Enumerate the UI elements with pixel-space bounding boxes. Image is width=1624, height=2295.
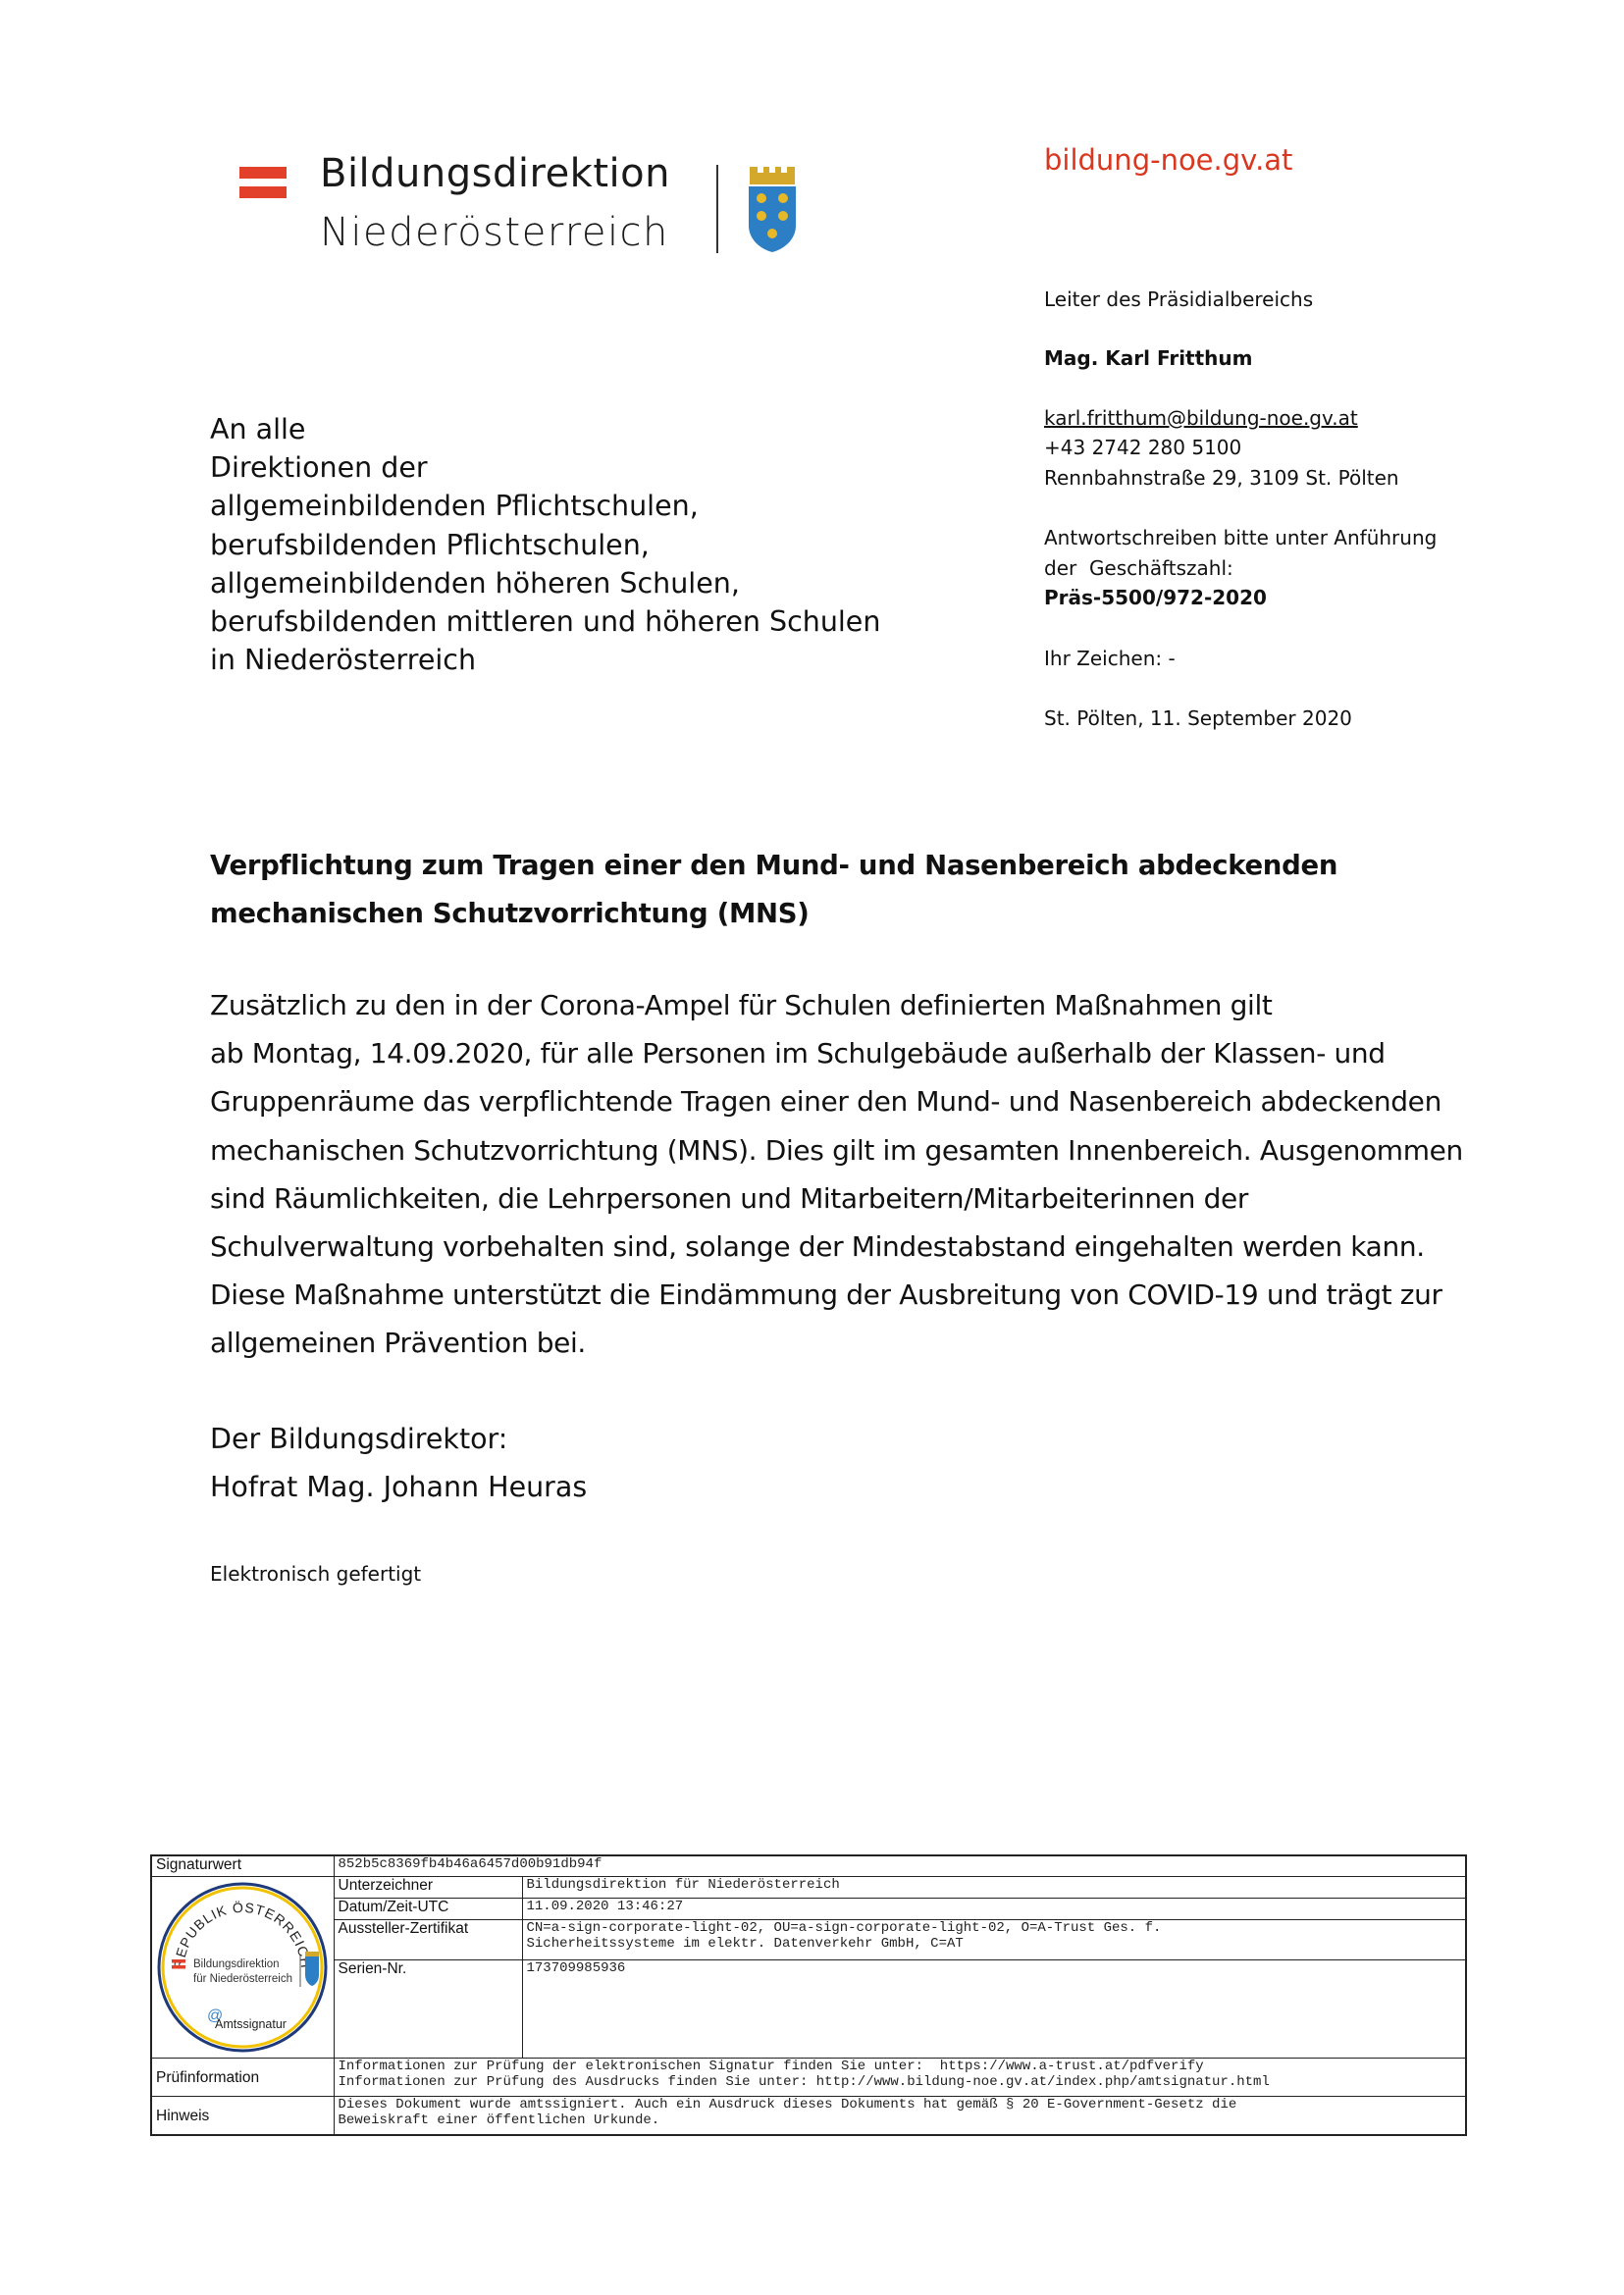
hinweis-value: Dieses Dokument wurde amtssigniert. Auch… <box>334 2097 1466 2136</box>
pruefinformation-label: Prüfinformation <box>151 2059 334 2097</box>
signatory-name: Hofrat Mag. Johann Heuras <box>210 1463 587 1511</box>
place-date: St. Pölten, 11. September 2020 <box>1044 704 1352 734</box>
signer-value: Bildungsdirektion für Niederösterreich <box>522 1877 1466 1899</box>
pruefinformation-line[interactable]: Informationen zur Prüfung des Ausdrucks … <box>339 2074 1462 2090</box>
svg-text:Bildungsdirektion: Bildungsdirektion <box>193 1958 280 1970</box>
seal-cell: REPUBLIK ÖSTERREICH Bildungsdirektion fü… <box>151 1877 334 2059</box>
serial-value: 173709985936 <box>522 1959 1466 2058</box>
signaturwert-label: Signaturwert <box>151 1855 334 1877</box>
body-line: allgemeinen Prävention bei. <box>210 1319 1463 1367</box>
hinweis-label: Hinweis <box>151 2097 334 2136</box>
svg-text:für Niederösterreich: für Niederösterreich <box>193 1973 292 1985</box>
body-line: sind Räumlichkeiten, die Lehrpersonen un… <box>210 1174 1463 1223</box>
sender-phone: +43 2742 280 5100 <box>1044 433 1241 463</box>
certificate-line: Sicherheitssysteme im elektr. Datenverke… <box>527 1936 1462 1952</box>
body-line: mechanischen Schutzvorrichtung (MNS). Di… <box>210 1126 1463 1174</box>
website-link[interactable]: bildung-noe.gv.at <box>1044 143 1292 177</box>
certificate-label: Aussteller-Zertifikat <box>334 1920 522 1959</box>
recipient-line: berufsbildenden mittleren und höheren Sc… <box>210 602 880 641</box>
lower-austria-coat-of-arms-icon <box>746 163 799 253</box>
hinweis-line: Beweiskraft einer öffentlichen Urkunde. <box>339 2112 1462 2128</box>
sender-address: Rennbahnstraße 29, 3109 St. Pölten <box>1044 463 1399 494</box>
body-line: Schulverwaltung vorbehalten sind, solang… <box>210 1223 1463 1271</box>
certificate-value: CN=a-sign-corporate-light-02, OU=a-sign-… <box>522 1920 1466 1959</box>
reply-note-line1: Antwortschreiben bitte unter Anführung <box>1044 523 1437 553</box>
recipient-line: allgemeinbildenden höheren Schulen, <box>210 564 880 602</box>
signer-label: Unterzeichner <box>334 1877 522 1899</box>
datetime-label: Datum/Zeit-UTC <box>334 1899 522 1920</box>
certificate-line: CN=a-sign-corporate-light-02, OU=a-sign-… <box>527 1920 1462 1936</box>
amtssignatur-seal-icon: REPUBLIK ÖSTERREICH Bildungsdirektion fü… <box>156 1881 329 2054</box>
body-line: Gruppenräume das verpflichtende Tragen e… <box>210 1077 1463 1125</box>
reference-number: Präs-5500/972-2020 <box>1044 583 1267 613</box>
subject-line: mechanischen Schutzvorrichtung (MNS) <box>210 890 1337 938</box>
logo-divider <box>716 165 718 253</box>
austria-flag-icon <box>239 167 287 179</box>
datetime-value: 11.09.2020 13:46:27 <box>522 1899 1466 1920</box>
letter-subject: Verpflichtung zum Tragen einer den Mund-… <box>210 842 1337 938</box>
logo-title: Bildungsdirektion <box>320 151 670 196</box>
signature-block: Der Bildungsdirektor: Hofrat Mag. Johann… <box>210 1415 587 1511</box>
subject-line: Verpflichtung zum Tragen einer den Mund-… <box>210 842 1337 890</box>
recipient-line: in Niederösterreich <box>210 641 880 679</box>
recipient-line: berufsbildenden Pflichtschulen, <box>210 526 880 564</box>
letter-body: Zusätzlich zu den in der Corona-Ampel fü… <box>210 981 1463 1368</box>
sender-email-link[interactable]: karl.fritthum@bildung-noe.gv.at <box>1044 403 1358 434</box>
hinweis-line: Dieses Dokument wurde amtssigniert. Auch… <box>339 2097 1462 2112</box>
signatory-title: Der Bildungsdirektor: <box>210 1415 587 1463</box>
reply-note-line2: der Geschäftszahl: <box>1044 553 1233 584</box>
pruefinformation-line[interactable]: Informationen zur Prüfung der elektronis… <box>339 2059 1462 2074</box>
recipient-address: An alle Direktionen der allgemeinbildend… <box>210 410 880 679</box>
signaturwert-value: 852b5c8369fb4b46a6457d00b91db94f <box>334 1855 1466 1877</box>
body-line: Zusätzlich zu den in der Corona-Ampel fü… <box>210 981 1463 1029</box>
body-line: ab Montag, 14.09.2020, für alle Personen… <box>210 1029 1463 1077</box>
sender-name: Mag. Karl Fritthum <box>1044 343 1253 374</box>
logo-subtitle: Niederösterreich <box>320 210 669 255</box>
serial-label: Serien-Nr. <box>334 1959 522 2058</box>
body-line: Diese Maßnahme unterstützt die Eindämmun… <box>210 1271 1463 1319</box>
austria-flag-icon-lower <box>239 186 287 198</box>
recipient-line: allgemeinbildenden Pflichtschulen, <box>210 487 880 525</box>
official-signature-table: Signaturwert 852b5c8369fb4b46a6457d00b91… <box>150 1854 1467 2136</box>
sender-role: Leiter des Präsidialbereichs <box>1044 285 1313 315</box>
recipient-line: Direktionen der <box>210 448 880 487</box>
electronic-note: Elektronisch gefertigt <box>210 1562 421 1586</box>
your-reference: Ihr Zeichen: - <box>1044 644 1176 674</box>
letterhead-logo: Bildungsdirektion Niederösterreich <box>239 157 809 265</box>
recipient-line: An alle <box>210 410 880 448</box>
svg-text:Amtssignatur: Amtssignatur <box>215 2017 287 2031</box>
pruefinformation-value: Informationen zur Prüfung der elektronis… <box>334 2059 1466 2097</box>
